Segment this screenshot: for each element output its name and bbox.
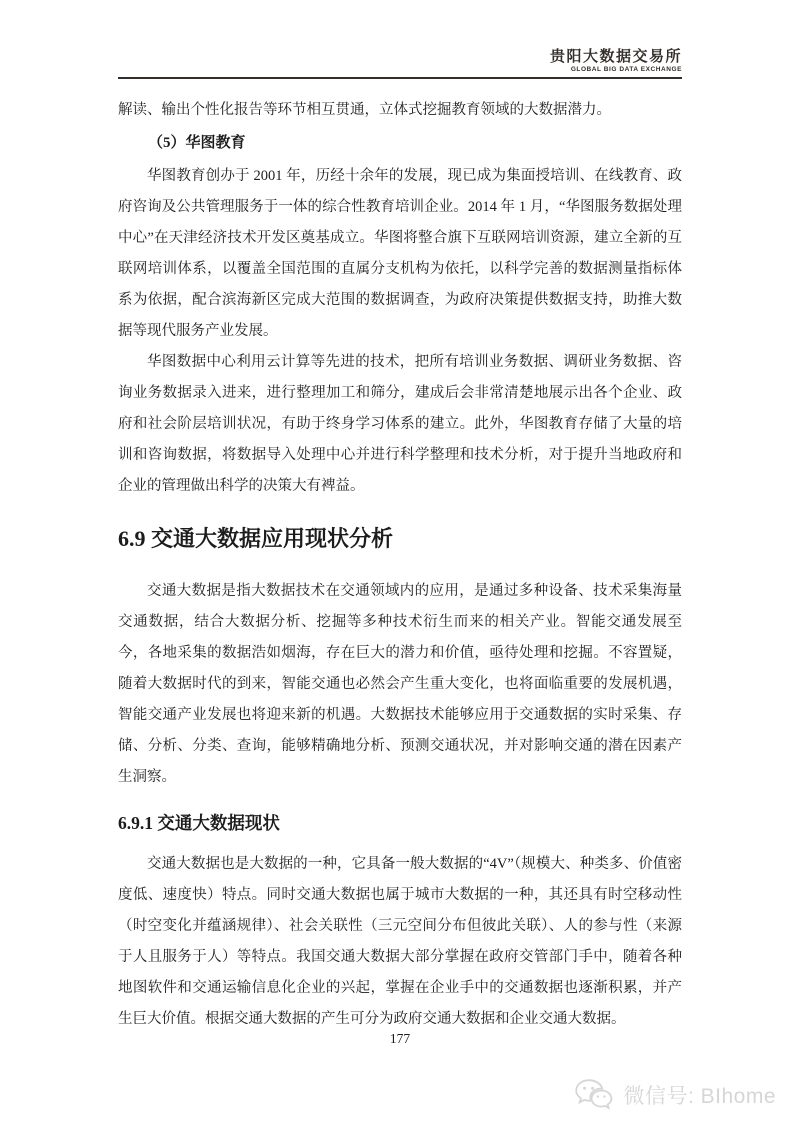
watermark-text: 微信号: BIhome: [623, 1080, 776, 1110]
subsection-heading-6-9-1: 6.9.1 交通大数据现状: [118, 808, 682, 838]
wechat-watermark: 微信号: BIhome: [574, 1078, 776, 1111]
logo-title-en: GLOBAL BIG DATA EXCHANGE: [118, 66, 682, 74]
paragraph-traffic-intro: 交通大数据是指大数据技术在交通领域内的应用，是通过多种设备、技术采集海量交通数据…: [118, 576, 682, 793]
item-heading-huatu: （5）华图教育: [118, 128, 682, 159]
paragraph-traffic-status: 交通大数据也是大数据的一种，它具备一般大数据的“4V”（规模大、种类多、价值密度…: [118, 849, 682, 1035]
document-page: 贵阳大数据交易所 GLOBAL BIG DATA EXCHANGE 解读、输出个…: [0, 0, 800, 1131]
paragraph-huatu-2: 华图数据中心利用云计算等先进的技术，把所有培训业务数据、调研业务数据、咨询业务数…: [118, 347, 682, 502]
paragraph-continuation: 解读、输出个性化报告等环节相互贯通，立体式挖掘教育领域的大数据潜力。: [118, 95, 682, 126]
page-header: 贵阳大数据交易所 GLOBAL BIG DATA EXCHANGE: [118, 0, 682, 79]
logo-title-cn: 贵阳大数据交易所: [118, 48, 682, 65]
wechat-icon: [574, 1078, 614, 1111]
exchange-logo: 贵阳大数据交易所 GLOBAL BIG DATA EXCHANGE: [118, 48, 682, 74]
page-number: 177: [0, 1031, 800, 1047]
document-body: 解读、输出个性化报告等环节相互贯通，立体式挖掘教育领域的大数据潜力。 （5）华图…: [118, 95, 682, 1035]
section-heading-6-9: 6.9 交通大数据应用现状分析: [118, 522, 682, 556]
paragraph-huatu-1: 华图教育创办于 2001 年，历经十余年的发展，现已成为集面授培训、在线教育、政…: [118, 161, 682, 347]
